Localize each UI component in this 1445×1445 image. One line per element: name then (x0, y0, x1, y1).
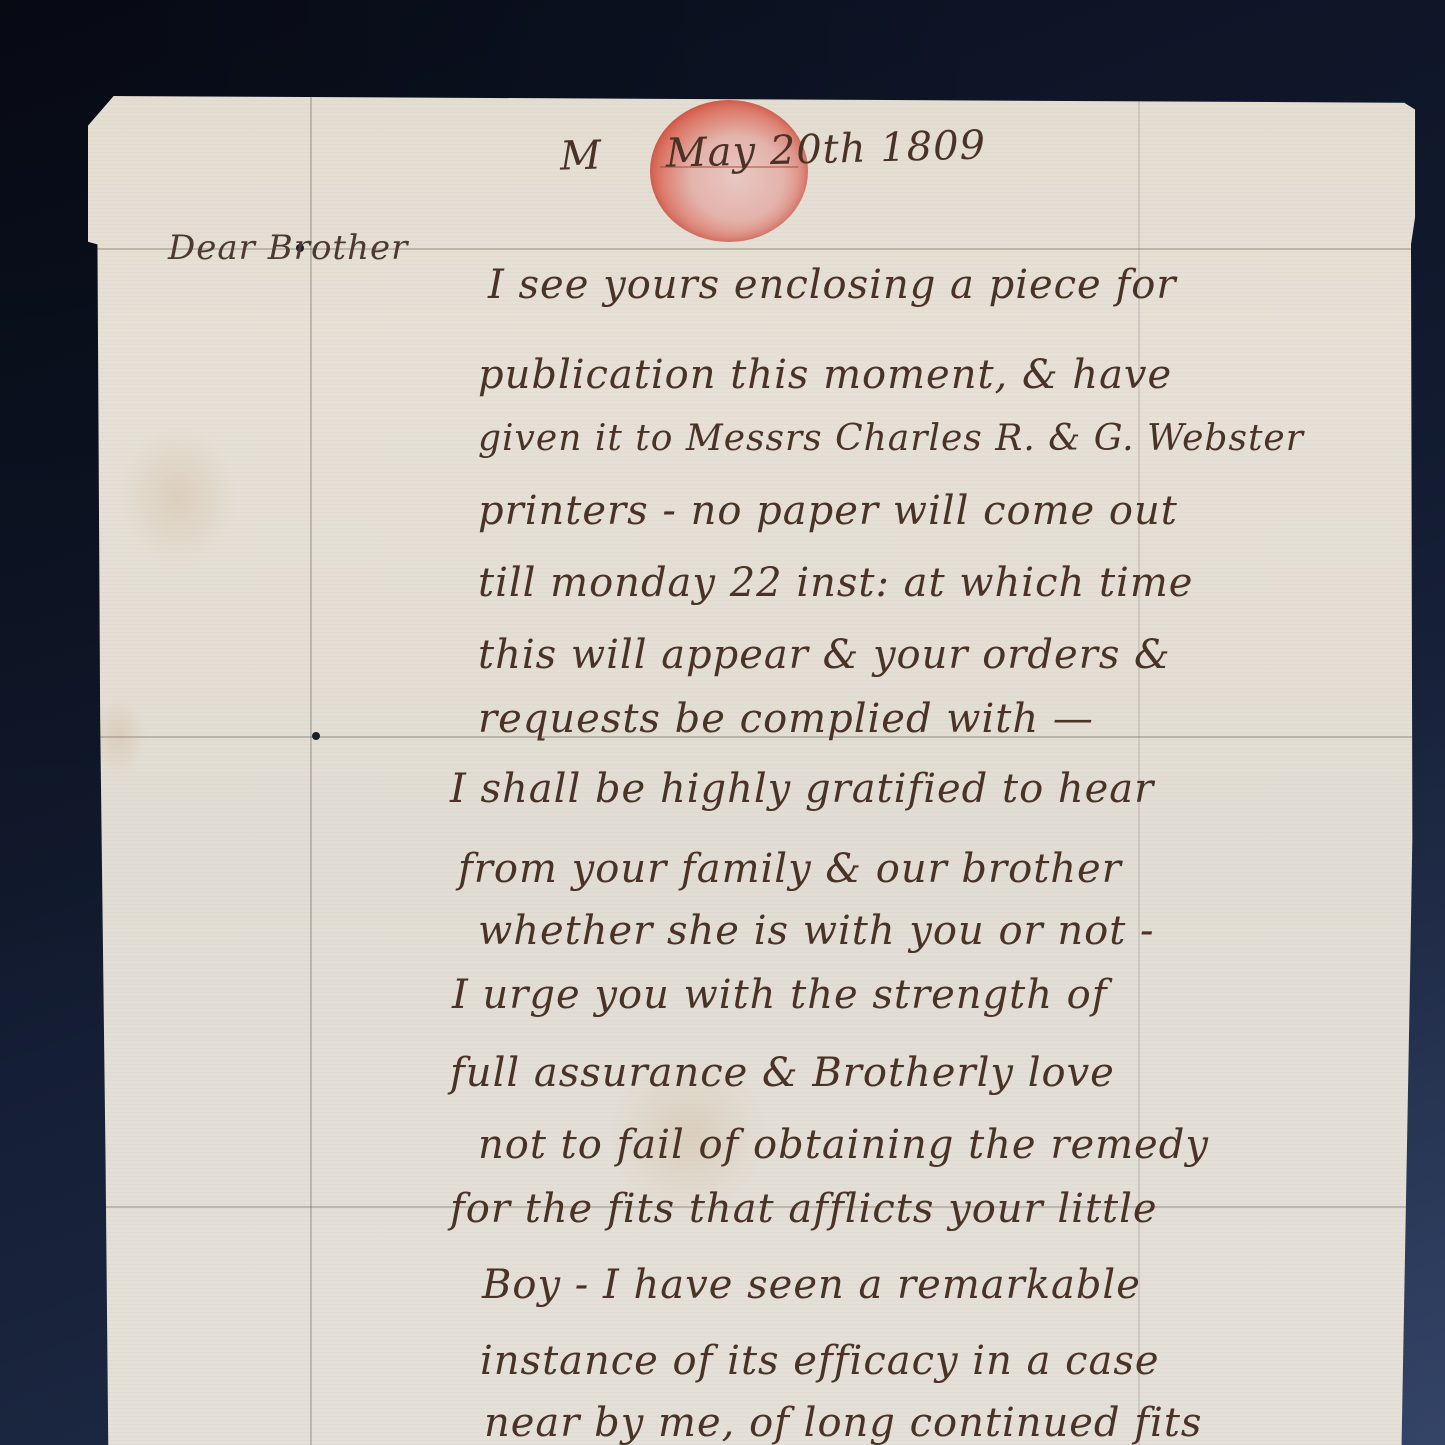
letter-line: till monday 22 inst: at which time (478, 560, 1193, 606)
letter-line: near by me, of long continued fits (484, 1400, 1202, 1445)
letter-line: printers - no paper will come out (478, 488, 1178, 534)
letter-line: Boy - I have seen a remarkable (482, 1262, 1141, 1308)
letter-line: publication this moment, & have (478, 352, 1172, 398)
letter-line: full assurance & Brotherly love (450, 1050, 1115, 1096)
letter-line: I see yours enclosing a piece for (488, 262, 1176, 308)
salutation: Dear Brother (168, 228, 408, 268)
age-stain (118, 426, 238, 566)
letter-line: whether she is with you or not - (478, 908, 1155, 954)
letter-line: requests be complied with — (478, 696, 1094, 742)
letter-line: not to fail of obtaining the remedy (478, 1122, 1209, 1168)
letter-line: from your family & our brother (458, 846, 1122, 892)
fold-crease (310, 96, 312, 1445)
letter-line: instance of its efficacy in a case (480, 1338, 1160, 1384)
fold-hole (312, 732, 320, 740)
letter-line: for the fits that afflicts your little (450, 1186, 1158, 1232)
letter-line: given it to Messrs Charles R. & G. Webst… (478, 418, 1304, 459)
letter-line: I shall be highly gratified to hear (450, 766, 1154, 812)
dateline-place: M (559, 131, 652, 179)
letter-line: I urge you with the strength of (452, 972, 1108, 1018)
dateline-date: May 20th 1809 (665, 122, 986, 176)
letter-line: this will appear & your orders & (478, 632, 1171, 678)
